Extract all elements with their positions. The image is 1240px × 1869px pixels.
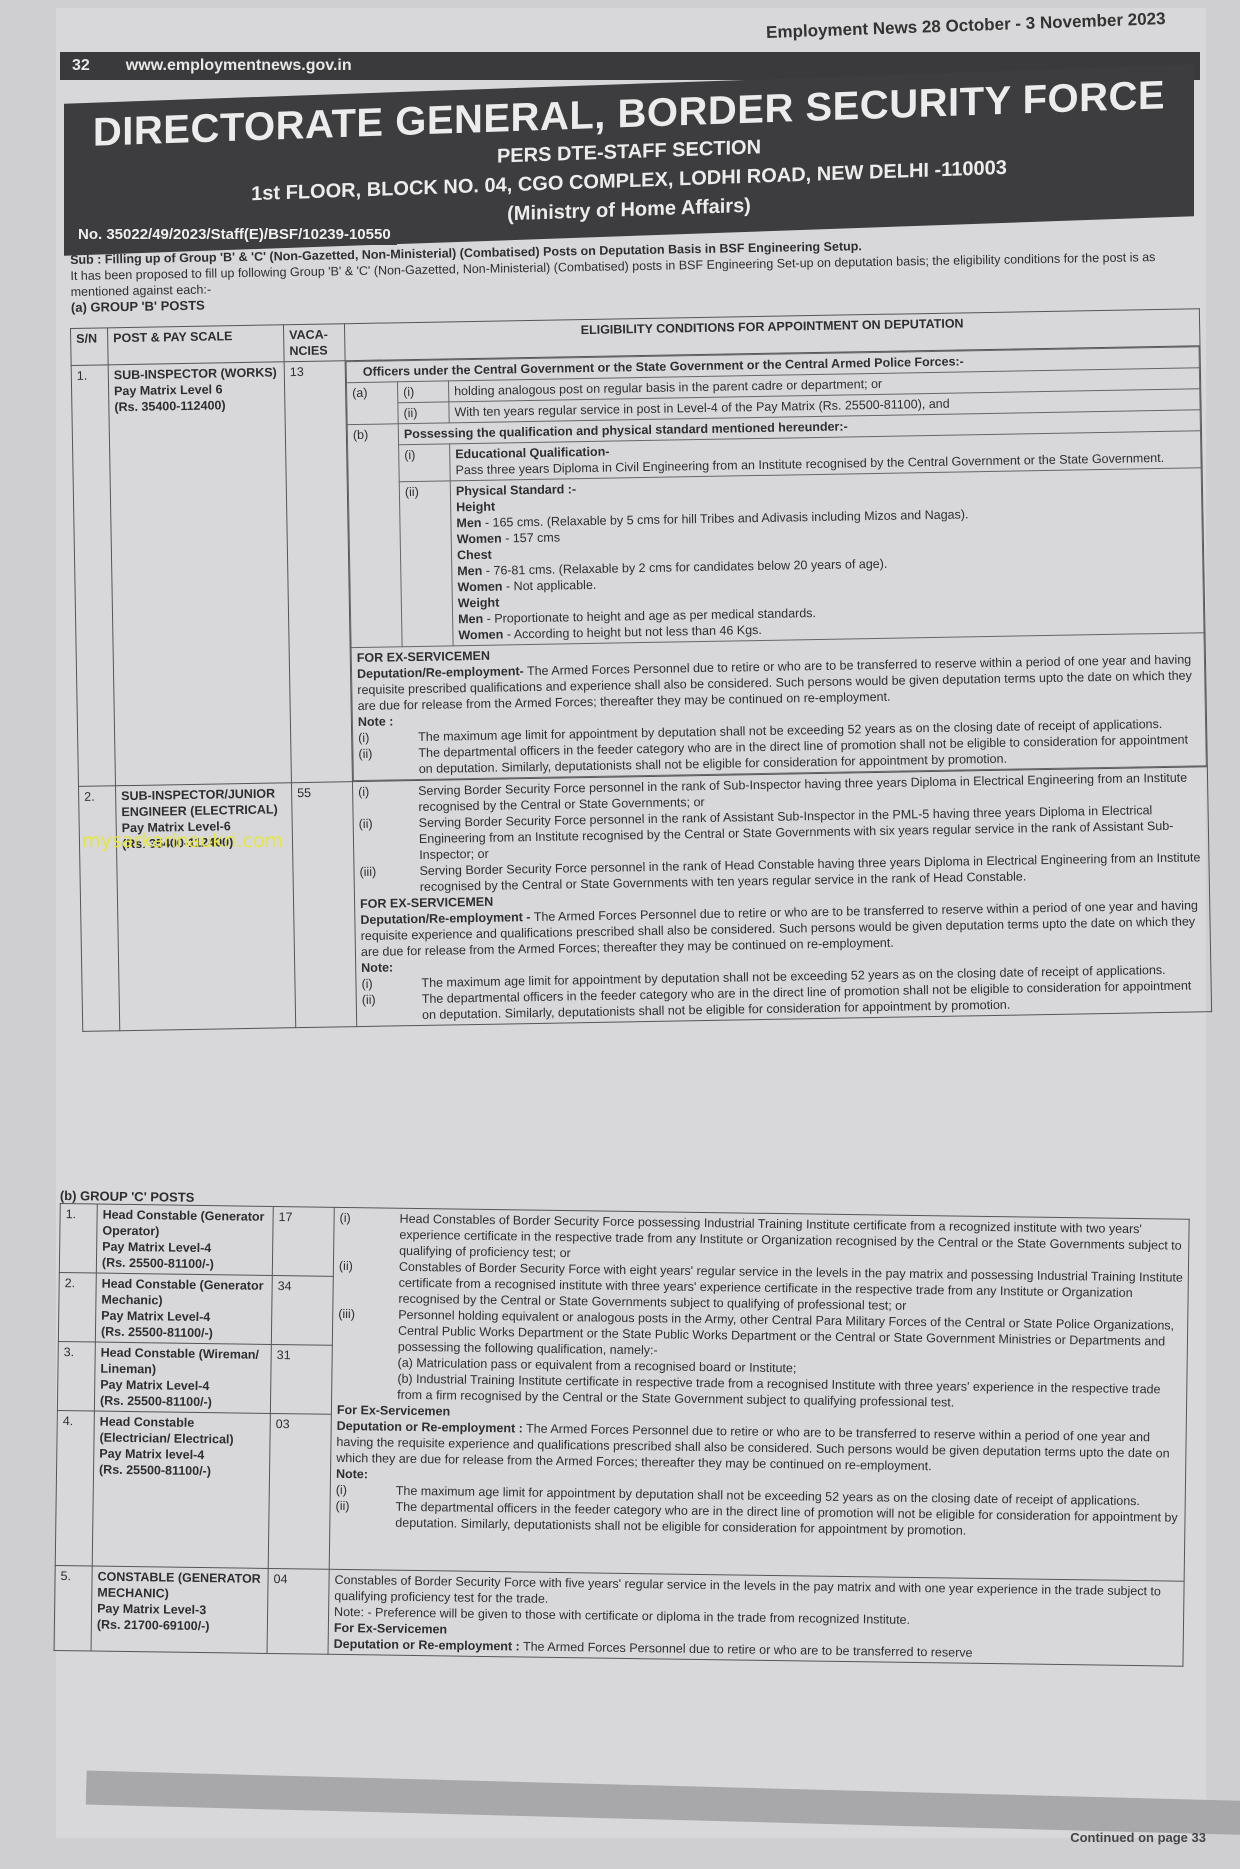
row-vacancies: 34 (271, 1275, 333, 1345)
col-vacancies: VACA-NCIES (283, 324, 345, 362)
row-sn: 2. (79, 786, 120, 1032)
footer-band (86, 1771, 1240, 1836)
row-vacancies: 55 (291, 782, 356, 1028)
row-post: SUB-INSPECTOR/JUNIOR ENGINEER (ELECTRICA… (115, 783, 295, 1031)
row-post: Head Constable (Generator Mechanic)Pay M… (95, 1273, 272, 1344)
col-post: POST & PAY SCALE (108, 325, 285, 365)
row-sn: 2. (58, 1272, 96, 1342)
edition-line: Employment News 28 October - 3 November … (766, 9, 1166, 43)
row-post: Head Constable (Electrician/ Electrical)… (92, 1411, 270, 1568)
row-sn: 1. (59, 1204, 97, 1274)
website-link[interactable]: www.employmentnews.gov.in (126, 57, 352, 75)
row-sn: 4. (55, 1410, 94, 1566)
newspaper-page: Employment News 28 October - 3 November … (56, 8, 1206, 1838)
reference-number: No. 35022/49/2023/Staff(E)/BSF/10239-105… (72, 224, 397, 245)
post-name: SUB-INSPECTOR (WORKS) (114, 364, 279, 383)
table-row: 5. CONSTABLE (GENERATOR MECHANIC)Pay Mat… (54, 1565, 1184, 1666)
group-c-table: 1. Head Constable (Generator Operator)Pa… (54, 1203, 1190, 1667)
page-number: 32 (72, 57, 90, 75)
table-row: 2. SUB-INSPECTOR/JUNIOR ENGINEER (ELECTR… (79, 767, 1212, 1032)
row-eligibility: Officers under the Central Government or… (345, 346, 1207, 782)
row-eligibility: Constables of Border Security Force with… (328, 1569, 1184, 1666)
row-vacancies: 17 (272, 1206, 334, 1276)
col-sn: S/N (71, 328, 109, 366)
row-post: Head Constable (Generator Operator)Pay M… (96, 1204, 273, 1275)
shared-eligibility: (i)Head Constables of Border Security Fo… (329, 1207, 1189, 1581)
row-sn: 5. (54, 1565, 92, 1651)
physical-standard: Physical Standard :- Height Men - 165 cm… (450, 468, 1204, 646)
row-post: CONSTABLE (GENERATOR MECHANIC)Pay Matrix… (91, 1566, 268, 1653)
group-c-section: (b) GROUP 'C' POSTS 1. Head Constable (G… (54, 1188, 1190, 1667)
post-name: SUB-INSPECTOR/JUNIOR ENGINEER (ELECTRICA… (121, 785, 287, 820)
watermark: mysarkarinaukri.com (82, 830, 283, 852)
ex-servicemen-block: FOR EX-SERVICEMEN Deputation/Re-employme… (351, 633, 1206, 781)
table-row: 1. SUB-INSPECTOR (WORKS) Pay Matrix Leve… (71, 346, 1207, 787)
row-post: SUB-INSPECTOR (WORKS) Pay Matrix Level 6… (108, 362, 291, 786)
row-vacancies: 03 (268, 1413, 331, 1569)
clause-key: (i) (399, 444, 451, 482)
row-post: Head Constable (Wireman/ Lineman)Pay Mat… (94, 1342, 271, 1413)
row-eligibility: (i)Serving Border Security Force personn… (352, 767, 1211, 1027)
row-vacancies: 31 (270, 1344, 332, 1414)
pay-range: (Rs. 35400-112400) (114, 396, 279, 415)
group-b-table: S/N POST & PAY SCALE VACA-NCIES ELIGIBIL… (70, 308, 1212, 1032)
row-sn: 3. (57, 1341, 95, 1411)
clause-b-label: (b) (347, 424, 402, 648)
eligibility-inner: Officers under the Central Government or… (346, 346, 1207, 781)
clause-key: (i) (397, 381, 448, 403)
clause-key: (ii) (398, 402, 449, 424)
row-vacancies: 04 (267, 1568, 329, 1654)
row-vacancies: 13 (284, 361, 352, 783)
clause-a-label: (a) (346, 382, 398, 425)
clause-key: (ii) (399, 481, 453, 647)
continued-note: Continued on page 33 (1070, 1830, 1206, 1845)
